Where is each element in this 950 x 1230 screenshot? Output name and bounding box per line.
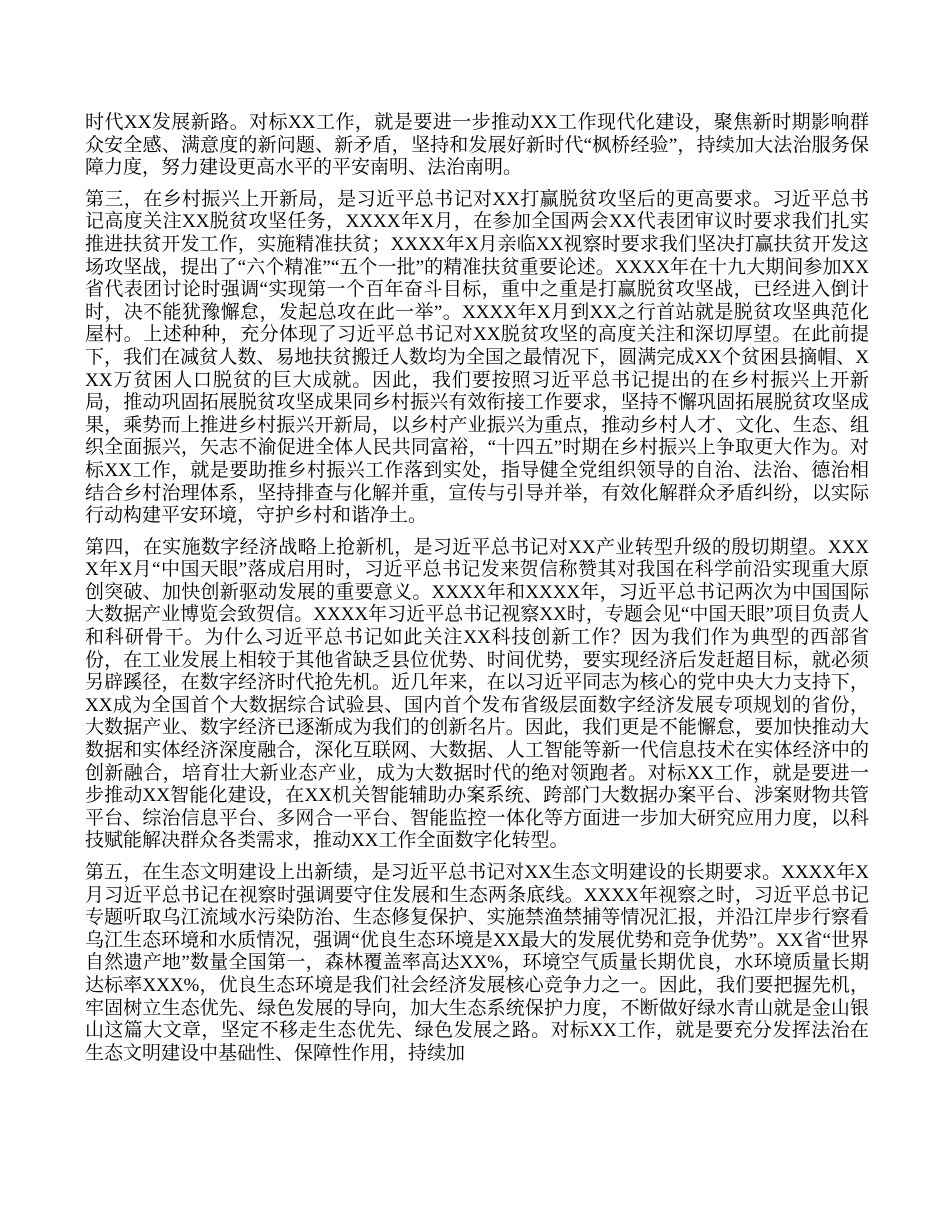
paragraph: 第五，在生态文明建设上出新绩，是习近平总书记对XX生态文明建设的长期要求。XXX… — [85, 862, 869, 1065]
paragraph: 第四，在实施数字经济战略上抢新机，是习近平总书记对XX产业转型升级的殷切期望。X… — [85, 537, 869, 853]
paragraph: 第三，在乡村振兴上开新局，是习近平总书记对XX打赢脱贫攻坚后的更高要求。习近平总… — [85, 189, 869, 528]
document-page: 时代XX发展新路。对标XX工作，就是要进一步推动XX工作现代化建设，聚焦新时期影… — [0, 0, 950, 1230]
document-body: 时代XX发展新路。对标XX工作，就是要进一步推动XX工作现代化建设，聚焦新时期影… — [85, 112, 869, 1065]
paragraph: 时代XX发展新路。对标XX工作，就是要进一步推动XX工作现代化建设，聚焦新时期影… — [85, 112, 869, 180]
